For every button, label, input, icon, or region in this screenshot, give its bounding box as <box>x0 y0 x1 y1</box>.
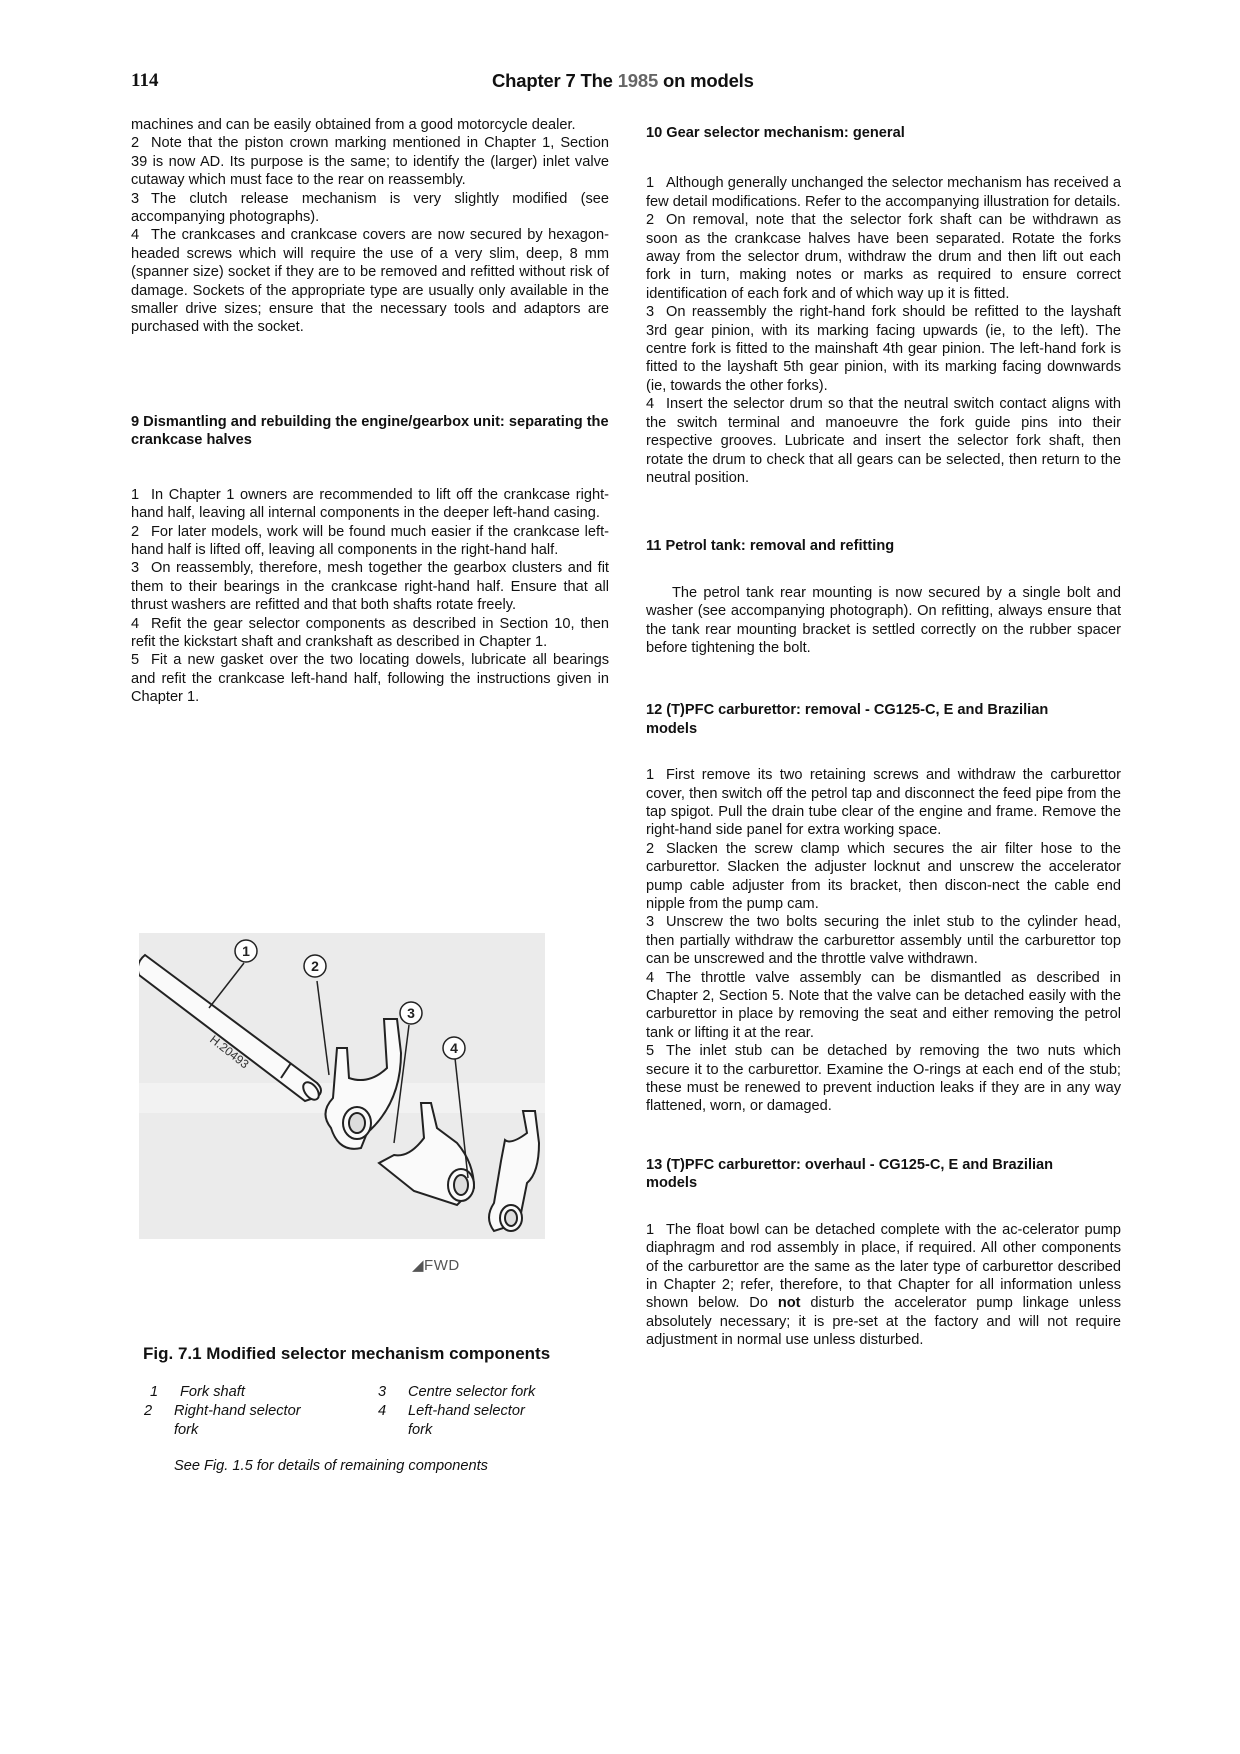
paragraph: 1The float bowl can be detached complete… <box>646 1221 1121 1350</box>
paragraph: 3Unscrew the two bolts securing the inle… <box>646 913 1121 968</box>
paragraph: 5The inlet stub can be detached by remov… <box>646 1042 1121 1116</box>
paragraph: The petrol tank rear mounting is now sec… <box>646 584 1121 658</box>
paragraph: 4Refit the gear selector components as d… <box>131 615 609 652</box>
callout-2: 2 <box>311 958 319 974</box>
running-head-post: on models <box>658 70 754 91</box>
paragraph: 2Slacken the screw clamp which secures t… <box>646 840 1121 914</box>
section-11-heading: 11 Petrol tank: removal and refitting <box>646 537 1121 555</box>
paragraph: 3On reassembly, therefore, mesh together… <box>131 559 609 614</box>
section-12-heading: 12 (T)PFC carburettor: removal - CG125-C… <box>646 701 1066 738</box>
paragraph: 4The crankcases and crankcase covers are… <box>131 226 609 336</box>
paragraph: 3The clutch release mechanism is very sl… <box>131 190 609 227</box>
paragraph: 4The throttle valve assembly can be dism… <box>646 969 1121 1043</box>
selector-mechanism-illustration: 1 2 3 4 H.20493 <box>139 933 545 1239</box>
section-9-heading: 9 Dismantling and rebuilding the engine/… <box>131 413 609 450</box>
fwd-arrow-label: ◢FWD <box>412 1256 460 1274</box>
running-head: Chapter 7 The 1985 on models <box>492 70 754 92</box>
right-column: 10 Gear selector mechanism: general 1Alt… <box>646 124 1121 1350</box>
figure-note: See Fig. 1.5 for details of remaining co… <box>174 1458 488 1474</box>
paragraph: 2On removal, note that the selector fork… <box>646 211 1121 303</box>
arrow-icon: ◢ <box>412 1257 424 1274</box>
left-column: machines and can be easily obtained from… <box>131 116 609 707</box>
paragraph: 5Fit a new gasket over the two locating … <box>131 651 609 706</box>
paragraph: 1Although generally unchanged the select… <box>646 174 1121 211</box>
callout-3: 3 <box>407 1005 415 1021</box>
running-head-year: 1985 <box>618 70 658 91</box>
running-head-pre: Chapter 7 The <box>492 70 618 91</box>
figure-caption: Fig. 7.1 Modified selector mechanism com… <box>143 1344 550 1364</box>
page-number: 114 <box>131 70 158 92</box>
paragraph: 1First remove its two retaining screws a… <box>646 766 1121 840</box>
paragraph: 4Insert the selector drum so that the ne… <box>646 395 1121 487</box>
intro-continuation: machines and can be easily obtained from… <box>131 116 609 134</box>
paragraph: 3On reassembly the right-hand fork shoul… <box>646 303 1121 395</box>
paragraph: 2Note that the piston crown marking ment… <box>131 134 609 189</box>
section-10-heading: 10 Gear selector mechanism: general <box>646 124 1121 142</box>
paragraph: 2For later models, work will be found mu… <box>131 523 609 560</box>
exploded-diagram: 1 2 3 4 H.20493 <box>139 933 545 1239</box>
callout-1: 1 <box>242 943 250 959</box>
section-13-heading: 13 (T)PFC carburettor: overhaul - CG125-… <box>646 1156 1066 1193</box>
callout-4: 4 <box>450 1040 458 1056</box>
paragraph: 1In Chapter 1 owners are recommended to … <box>131 486 609 523</box>
